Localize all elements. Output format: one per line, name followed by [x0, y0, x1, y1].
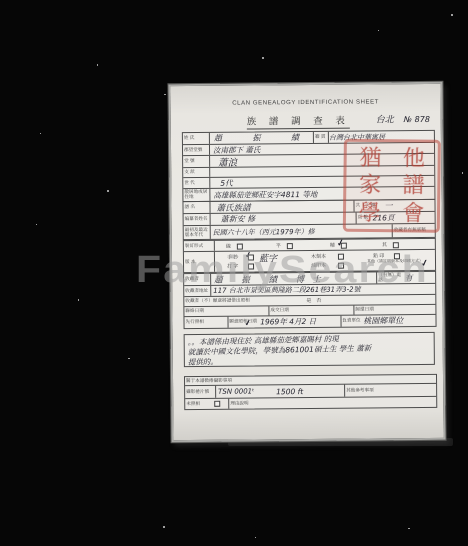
field-label: 譜 名 — [183, 202, 210, 213]
residence-value: 高雄縣茄萣鄉莊安字4811 等地 — [210, 188, 317, 200]
seal-character: 譜 — [394, 173, 433, 199]
field-label: 攝影捲片號 — [185, 386, 216, 398]
field-label: 先行照相 — [184, 317, 214, 328]
field-label: 散居地或居住地 — [183, 189, 210, 201]
dust-speck — [128, 358, 130, 359]
binding-option-flat: 平 — [276, 242, 281, 249]
dust-speck — [408, 528, 410, 529]
microfilm-frame: CLAN GENEALOGY IDENTIFICATION SHEET 族 譜 … — [0, 0, 468, 546]
notes-box: 。。本譜係由現住於 高雄縣茄萣鄉嘉賜村 的現 就讀於中國文化學院，學號為8610… — [184, 332, 435, 367]
dust-speck — [378, 30, 379, 31]
yes-no-options: 是 否 — [306, 297, 321, 304]
seal-character: 他 — [395, 145, 434, 171]
seal-character: 猶 — [351, 145, 390, 171]
dust-speck — [97, 64, 98, 66]
seal-character: 學 — [350, 200, 389, 226]
field-label: 其他參考事項 — [345, 384, 375, 396]
field-label: 編纂者姓名 — [184, 214, 211, 225]
red-seal-stamp: 猶 他 家 譜 學 會 — [343, 139, 441, 233]
chinese-title: 族 譜 調 查 表 — [247, 113, 350, 130]
seal-character: 家 — [351, 172, 390, 198]
binding-option-hard: 精 — [330, 241, 335, 248]
english-title: CLAN GENEALOGY IDENTIFICATION SHEET — [171, 99, 441, 107]
field-label: 郡望堂號 — [183, 145, 210, 155]
dust-speck — [40, 133, 41, 134]
generations-value: 5代 — [210, 177, 232, 188]
field-label: 籍 貫 — [314, 132, 329, 143]
photo-date-value: 1969年 4月2 日 — [260, 316, 340, 328]
dust-speck — [163, 526, 165, 528]
field-label: 理由說明 — [229, 399, 249, 409]
film-number-handwriting: № 878 — [404, 115, 430, 124]
dust-speck — [262, 57, 264, 59]
table-row: 未照相 理由說明 — [185, 396, 436, 409]
field-label: 未照相 — [185, 399, 213, 409]
dust-speck — [451, 14, 453, 16]
field-label: 堂 號 — [183, 156, 210, 167]
dust-speck — [462, 172, 463, 174]
film-length-value: 1500 ft — [276, 386, 344, 396]
checkbox — [393, 242, 399, 248]
surname-value: 趙 振 績 — [210, 132, 313, 144]
dust-speck — [255, 537, 256, 538]
checkmark-handwriting: ✓ — [336, 237, 346, 249]
dust-speck — [78, 299, 79, 301]
dust-speck — [164, 94, 166, 95]
microfilm-table: 關于本譜微捲攝影事項 攝影捲片號 TSN 0001ᵗ 1500 ft 其他參考事… — [184, 374, 437, 410]
film-number-value: TSN 0001ᵗ — [216, 387, 276, 396]
unit-value: 桃園鄉單位 — [363, 315, 403, 326]
field-label: 世 代 — [183, 178, 210, 188]
familysearch-watermark: FamilySearch — [136, 249, 429, 292]
location-handwriting: 台北 — [376, 112, 394, 125]
dust-speck — [36, 224, 37, 225]
seal-character: 會 — [394, 200, 433, 226]
field-label: 支 派 — [183, 168, 210, 177]
binding-option-other: 其 — [382, 241, 387, 248]
checkbox — [214, 401, 220, 407]
table-row: 先行照相 ✓ 願意照相日期 1969年 4月2 日 負責單位 桃園鄉單位 — [184, 314, 435, 328]
field-label: 負責單位 — [341, 316, 363, 327]
field-label: 最初及最近版本年代 — [184, 226, 211, 239]
field-label: 姓 氏 — [183, 133, 210, 144]
dust-speck — [107, 190, 109, 192]
